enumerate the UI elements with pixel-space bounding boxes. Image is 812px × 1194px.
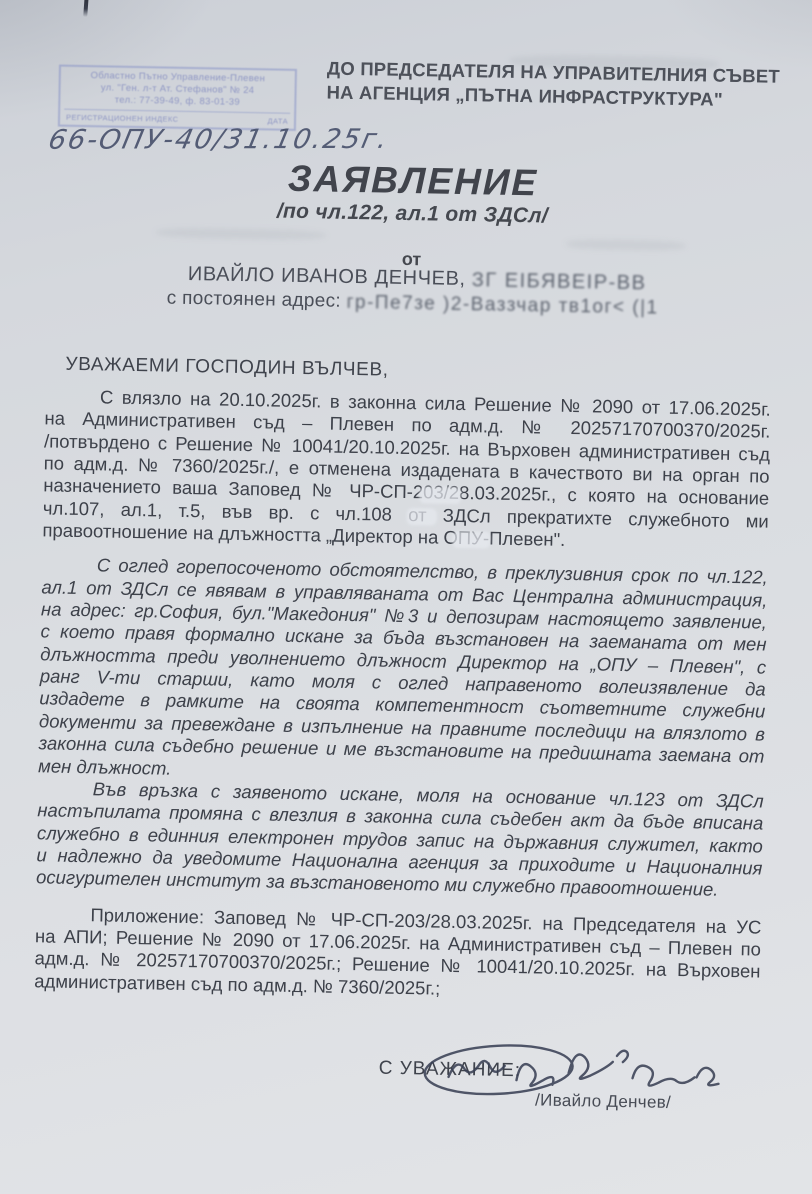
whiteout-mark [452, 531, 490, 549]
document-body: С влязло на 20.10.2025г. в законна сила … [34, 385, 771, 1005]
paragraph: Приложение: Заповед № ЧР-СП-203/28.03.20… [34, 903, 762, 1006]
closing-label: С УВАЖАНИЕ: [378, 1058, 521, 1083]
whiteout-mark [407, 508, 437, 526]
paragraph: С оглед горепосоченото обстоятелство, в … [38, 554, 768, 791]
pen-mark [83, 0, 89, 17]
document-sheet: Областно Пътно Управление-Плевен ул. "Ге… [0, 0, 812, 1194]
applicant-address-label: с постоянен адрес: [167, 288, 342, 312]
paragraph: Във връзка с заявеното искане, моля на о… [36, 777, 764, 902]
signature-name: /Ивайло Денчев/ [535, 1090, 671, 1112]
applicant-egn-redacted: ЗГ ЕІБЯВЕІР-ВВ [472, 269, 647, 295]
registry-stamp: Областно Пътно Управление-Плевен ул. "Ге… [58, 65, 297, 131]
ghost-smudge [566, 239, 686, 251]
stamp-registry-index-label: РЕГИСТРАЦИОНЕН ИНДЕКС [66, 113, 179, 124]
handwritten-registry-number: 66-ОПУ-40/31.10.25г. [46, 124, 374, 156]
salutation: УВАЖАЕМИ ГОСПОДИН ВЪЛЧЕВ, [65, 354, 388, 382]
applicant-address-redacted: гр-Пе7зе )2-Ваззчар тв1ог< (|1 [346, 292, 659, 320]
whiteout-mark [419, 486, 461, 504]
applicant-name: ИВАЙЛО ИВАНОВ ДЕНЧЕВ, [188, 263, 466, 290]
ghost-smudge [156, 227, 326, 240]
recipient-block: ДО ПРЕДСЕДАТЕЛЯ НА УПРАВИТЕЛНИЯ СЪВЕТ НА… [326, 56, 802, 113]
paragraph: С влязло на 20.10.2025г. в законна сила … [42, 385, 771, 555]
